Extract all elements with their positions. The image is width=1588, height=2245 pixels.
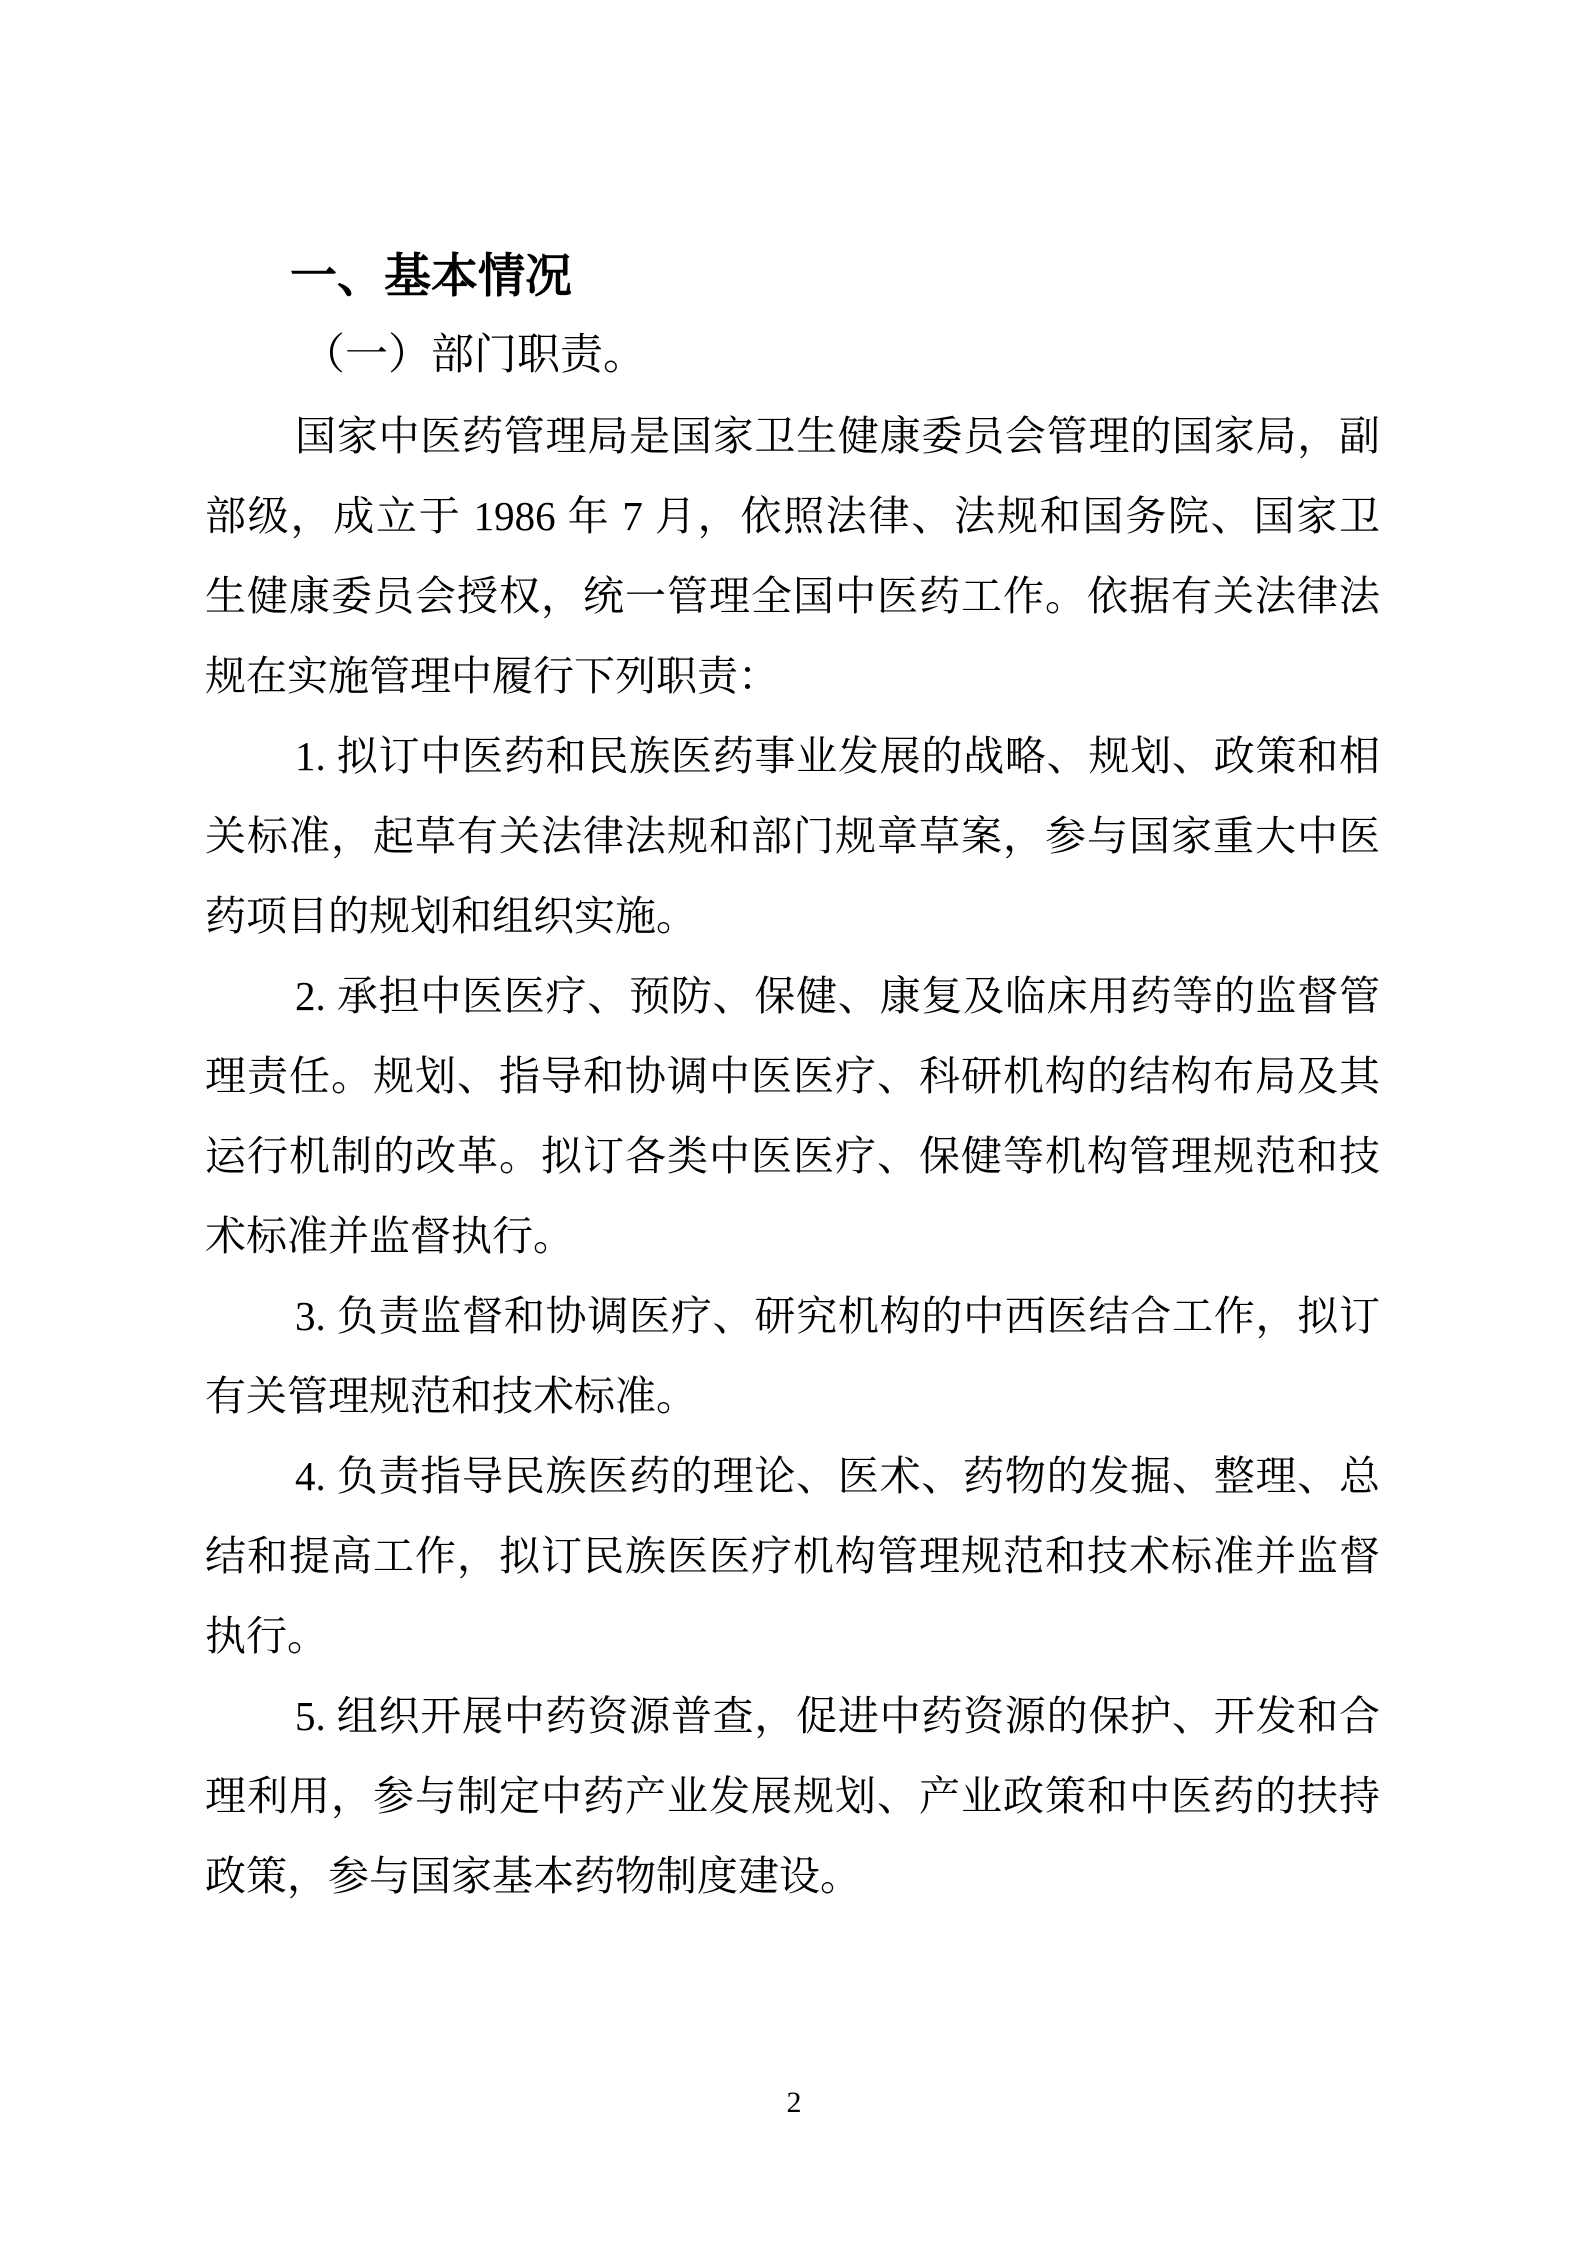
document-line: 理责任。规划、指导和协调中医医疗、科研机构的结构布局及其 [205,1036,1380,1116]
document-line: 2. 承担中医医疗、预防、保健、康复及临床用药等的监督管 [205,956,1380,1036]
paragraphs: 国家中医药管理局是国家卫生健康委员会管理的国家局，副部级，成立于 1986 年 … [205,396,1380,1916]
document-line: 4. 负责指导民族医药的理论、医术、药物的发掘、整理、总 [205,1436,1380,1516]
document-line: 1. 拟订中医药和民族医药事业发展的战略、规划、政策和相 [205,716,1380,796]
document-line: 国家中医药管理局是国家卫生健康委员会管理的国家局，副 [205,396,1380,476]
document-line: 3. 负责监督和协调医疗、研究机构的中西医结合工作，拟订 [205,1276,1380,1356]
document-line: 生健康委员会授权，统一管理全国中医药工作。依据有关法律法 [205,556,1380,636]
document-line: 执行。 [205,1596,1380,1676]
document-line: 结和提高工作，拟订民族医医疗机构管理规范和技术标准并监督 [205,1516,1380,1596]
document-line: 规在实施管理中履行下列职责： [205,636,1380,716]
subsection-heading: （一）部门职责。 [205,316,1380,396]
document-line: 理利用，参与制定中药产业发展规划、产业政策和中医药的扶持 [205,1756,1380,1836]
document-body: 一、基本情况 （一）部门职责。 国家中医药管理局是国家卫生健康委员会管理的国家局… [205,236,1380,1916]
document-line: 5. 组织开展中药资源普查，促进中药资源的保护、开发和合 [205,1676,1380,1756]
document-line: 术标准并监督执行。 [205,1196,1380,1276]
document-line: 运行机制的改革。拟订各类中医医疗、保健等机构管理规范和技 [205,1116,1380,1196]
document-line: 政策，参与国家基本药物制度建设。 [205,1836,1380,1916]
section-heading: 一、基本情况 [205,236,1380,316]
document-line: 关标准，起草有关法律法规和部门规章草案，参与国家重大中医 [205,796,1380,876]
document-line: 药项目的规划和组织实施。 [205,876,1380,956]
page-number: 2 [0,2083,1588,2123]
document-page: 一、基本情况 （一）部门职责。 国家中医药管理局是国家卫生健康委员会管理的国家局… [0,0,1588,2245]
document-line: 部级，成立于 1986 年 7 月，依照法律、法规和国务院、国家卫 [205,476,1380,556]
document-line: 有关管理规范和技术标准。 [205,1356,1380,1436]
